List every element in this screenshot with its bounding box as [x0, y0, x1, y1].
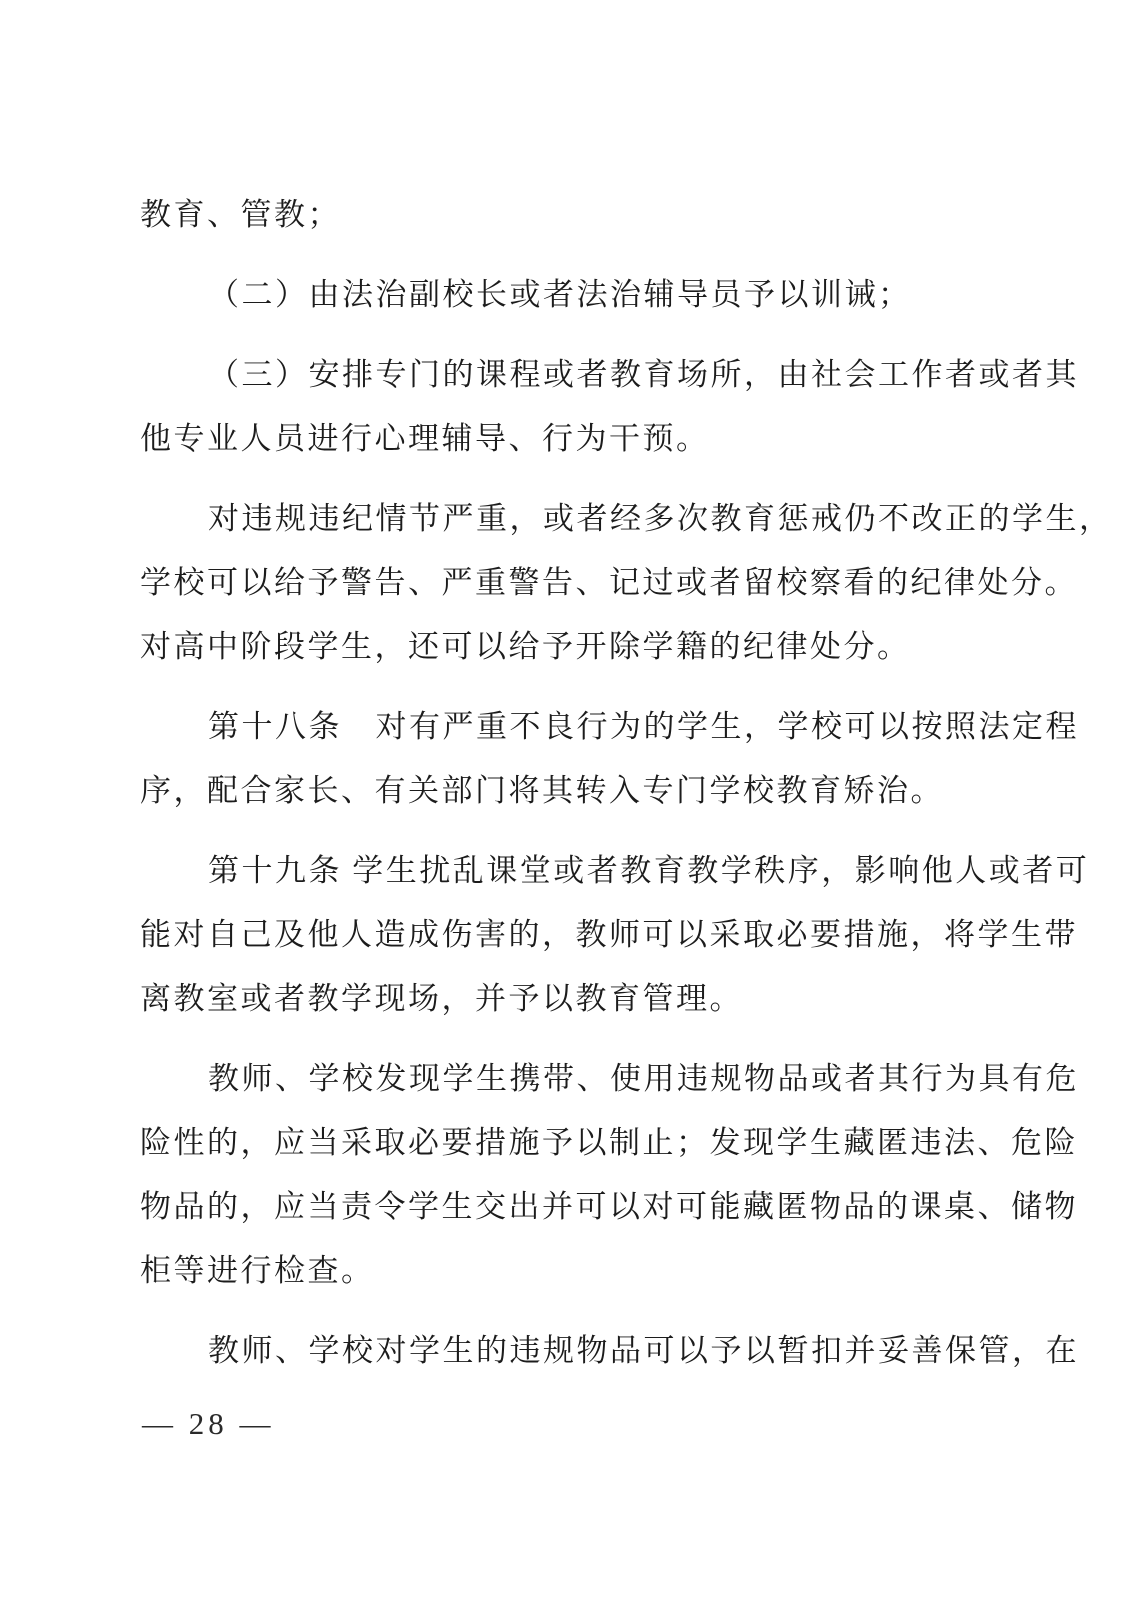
text-line: 他专业人员进行心理辅导、行为干预。	[140, 407, 1060, 471]
text-line: 教育、管教；	[140, 183, 1060, 247]
document-page: 教育、管教； （二）由法治副校长或者法治辅导员予以训诫； （三）安排专门的课程或…	[0, 0, 1131, 1600]
page-number: — 28 —	[142, 1406, 275, 1441]
text-line: 序，配合家长、有关部门将其转入专门学校教育矫治。	[140, 759, 1060, 823]
text-line: 教师、学校对学生的违规物品可以予以暂扣并妥善保管，在	[140, 1319, 1060, 1383]
text-line: 第十九条 学生扰乱课堂或者教育教学秩序，影响他人或者可	[140, 839, 1060, 903]
text-line: 对违规违纪情节严重，或者经多次教育惩戒仍不改正的学生，	[140, 487, 1060, 551]
text-line: 柜等进行检查。	[140, 1239, 1060, 1303]
text-line: 第十八条 对有严重不良行为的学生，学校可以按照法定程	[140, 695, 1060, 759]
text-line: 学校可以给予警告、严重警告、记过或者留校察看的纪律处分。	[140, 551, 1060, 615]
document-body: 教育、管教； （二）由法治副校长或者法治辅导员予以训诫； （三）安排专门的课程或…	[140, 183, 1060, 1383]
text-line: 物品的，应当责令学生交出并可以对可能藏匿物品的课桌、储物	[140, 1175, 1060, 1239]
text-line: 教师、学校发现学生携带、使用违规物品或者其行为具有危	[140, 1047, 1060, 1111]
text-line: （二）由法治副校长或者法治辅导员予以训诫；	[140, 263, 1060, 327]
text-line: 对高中阶段学生，还可以给予开除学籍的纪律处分。	[140, 615, 1060, 679]
page-footer: — 28 —	[142, 1402, 275, 1446]
text-line: 险性的，应当采取必要措施予以制止；发现学生藏匿违法、危险	[140, 1111, 1060, 1175]
text-line: 离教室或者教学现场，并予以教育管理。	[140, 967, 1060, 1031]
text-line: （三）安排专门的课程或者教育场所，由社会工作者或者其	[140, 343, 1060, 407]
text-line: 能对自己及他人造成伤害的，教师可以采取必要措施，将学生带	[140, 903, 1060, 967]
